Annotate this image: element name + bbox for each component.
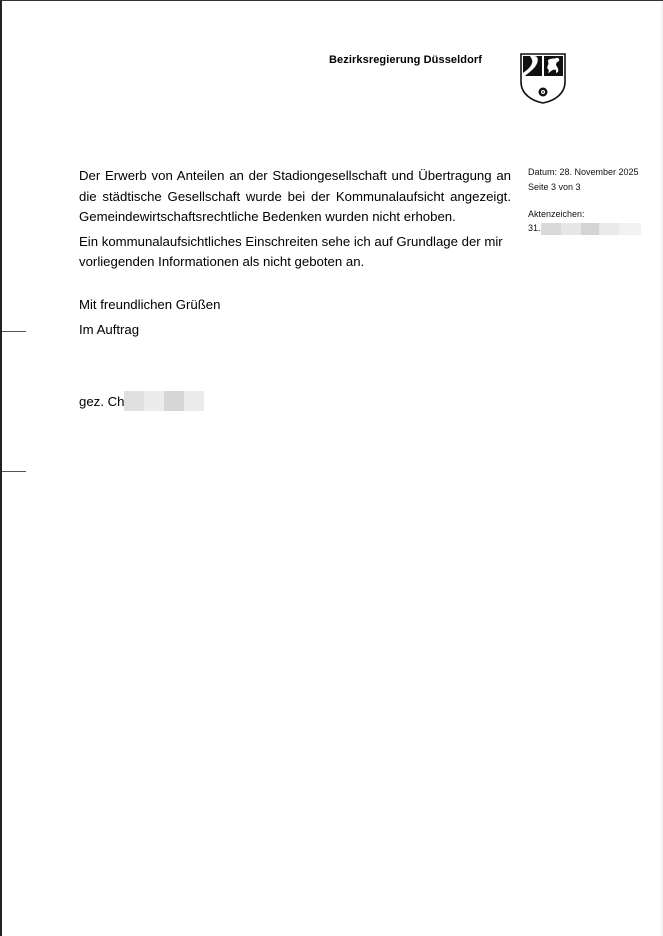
closing-greeting: Mit freundlichen Grüßen [79,292,220,317]
redaction-block [124,391,204,411]
closing-on-behalf: Im Auftrag [79,317,220,342]
body-paragraph: Ein kommunalaufsichtliches Einschreiten … [79,232,511,273]
letter-body: Der Erwerb von Anteilen an der Stadionge… [79,166,511,277]
signature-line: gez. Ch [79,390,204,412]
reference-number: 31. [528,222,653,235]
letter-page: Bezirksregierung Düsseldorf Datum: 28. N… [0,0,663,936]
page-number: Seite 3 von 3 [528,180,653,195]
signature-name: gez. Ch [79,394,124,409]
nrw-coat-of-arms-icon [518,52,568,104]
letter-meta: Datum: 28. November 2025 Seite 3 von 3 A… [528,165,653,235]
reference-number-visible: 31. [528,221,541,236]
body-paragraph: Der Erwerb von Anteilen an der Stadionge… [79,166,511,228]
reference-label: Aktenzeichen: [528,207,653,222]
punch-mark [2,471,26,472]
letter-date: Datum: 28. November 2025 [528,165,653,180]
fold-mark [2,331,26,332]
redaction-block [541,223,641,235]
letter-closing: Mit freundlichen Grüßen Im Auftrag [79,292,220,342]
authority-name: Bezirksregierung Düsseldorf [329,54,482,66]
